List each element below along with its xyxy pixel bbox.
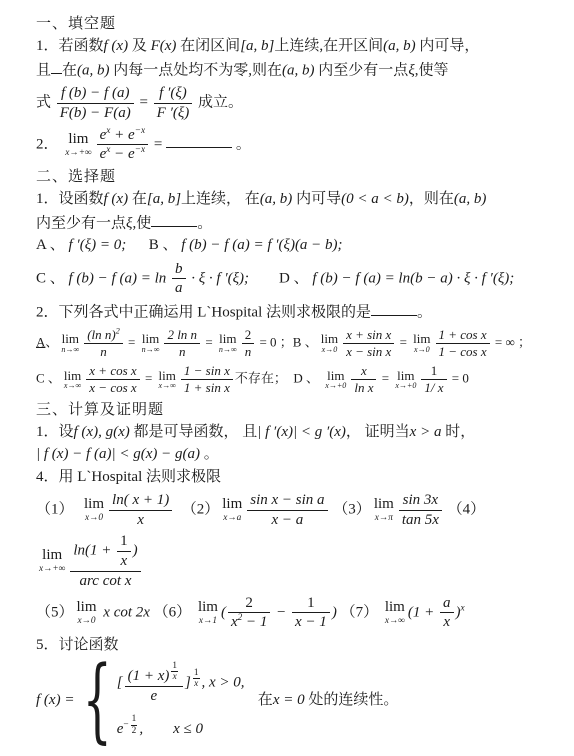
lim-word: lim	[159, 369, 176, 383]
lim-subscript: x→0	[84, 513, 104, 523]
math-text: (a, b)	[454, 191, 487, 207]
math-text: 1 − cos x	[439, 344, 487, 359]
math-text: b	[175, 261, 183, 277]
math-text: F ′(ξ)	[157, 105, 190, 121]
choice1-optAB: A 、 f ′(ξ) = 0; B 、 f (b) − f (a) = f ′(…	[36, 235, 558, 256]
section2-heading: 二、选择题	[36, 167, 558, 188]
denominator: x − sin x	[343, 344, 394, 360]
math-text: x	[231, 614, 238, 630]
limit-operator: limx→0	[77, 600, 97, 626]
math-text: x	[121, 553, 128, 569]
text: 处的连续性。	[305, 692, 399, 708]
denominator: x2 − 1	[228, 613, 270, 632]
denominator: 1 − cos x	[436, 344, 490, 360]
lim-subscript: x→0	[321, 346, 338, 355]
math-text: f (x)	[104, 191, 129, 207]
denominator: n	[84, 344, 123, 360]
math-text: − e	[110, 146, 134, 162]
fraction: ln( x + 1)x	[109, 491, 172, 530]
fraction: 1 + cos x1 − cos x	[436, 327, 490, 361]
math-text: n	[179, 344, 186, 359]
numerator: 2 ln n	[164, 327, 200, 344]
text: 。	[200, 446, 219, 462]
text: 式	[36, 95, 55, 111]
text: =	[202, 334, 216, 349]
lim-subscript: x→+0	[325, 382, 346, 391]
denominator: ex − e−x	[97, 145, 149, 164]
denominator: x − 1	[292, 613, 330, 632]
math-text: )	[133, 543, 138, 559]
numerator: 1	[171, 661, 178, 672]
superscript: 2	[116, 326, 120, 335]
math-text: x − sin x	[346, 344, 391, 359]
underlined-text: A	[36, 334, 45, 349]
fraction: f ′(ξ)F ′(ξ)	[154, 84, 193, 123]
text: 上连续， 在	[181, 191, 260, 207]
fraction: (1 + x)1xe	[125, 661, 183, 705]
lim-subscript: x→+∞	[65, 148, 91, 158]
prob5-formula: f (x) = {[(1 + x)1xe]1x, x > 0,e−12, x ≤…	[36, 659, 558, 742]
math-text: arc cot x	[80, 573, 132, 589]
text: 1	[194, 668, 199, 678]
text: 都是可导函数， 且	[130, 424, 258, 440]
math-text: 1 + sin x	[184, 380, 230, 395]
denominator: tan 5x	[399, 511, 442, 530]
lim-subscript: n→∞	[142, 346, 160, 355]
lim-word: lim	[395, 369, 416, 383]
text: =	[150, 136, 166, 152]
text: =	[125, 334, 139, 349]
text: −	[123, 720, 128, 730]
text: 1	[307, 595, 315, 611]
fraction: (ln n)2n	[84, 327, 123, 361]
superscript: x	[461, 603, 465, 613]
numerator: 1	[193, 668, 200, 679]
fill2: 2． limx→+∞ex + e−xex − e−x = 。	[36, 126, 558, 165]
numerator: ex + e−x	[97, 126, 149, 146]
math-text: F(x)	[151, 38, 177, 54]
math-text: (ln n)	[87, 327, 116, 342]
text: A 、	[36, 237, 69, 253]
limit-operator: limx→0	[413, 332, 430, 355]
text: （5）	[36, 604, 74, 620]
math-text: | f ′(x)| < g ′(x)	[257, 424, 346, 440]
cases-row: [(1 + x)1xe]1x, x > 0,	[117, 661, 245, 705]
math-text: x = 0	[273, 692, 305, 708]
prob4-line3: （5）limx→0 x cot 2x （6） limx→1(2x2 − 1 − …	[36, 594, 558, 633]
limit-operator: limx→1	[198, 600, 218, 626]
math-text: 2 ln n	[167, 327, 197, 342]
answer-blank	[51, 59, 62, 74]
limit-operator: limx→π	[374, 497, 394, 523]
choice1-line1: 1．设函数f (x) 在[a, b]上连续， 在(a, b) 内可导(0 < a…	[36, 189, 558, 210]
text: 成立。	[194, 95, 243, 111]
denominator: 2	[131, 726, 138, 736]
choice2-stem: 2．下列各式中正确运用 L`Hospital 法则求极限的是。	[36, 301, 558, 324]
fraction: x + cos xx − cos x	[86, 363, 139, 397]
text: 1	[132, 714, 137, 724]
fraction: 1x	[117, 532, 131, 571]
math-text: ln x	[354, 380, 373, 395]
numerator: x	[351, 363, 376, 380]
superscript: 1x	[191, 674, 202, 684]
text: 。	[232, 136, 251, 152]
text: =	[378, 371, 392, 386]
denominator: x − a	[247, 511, 327, 530]
text: 内每一点处均不为零,则在	[110, 62, 283, 78]
numerator: 1 + cos x	[436, 327, 490, 344]
lim-subscript: x→1	[198, 616, 218, 626]
math-text: x	[361, 363, 367, 378]
text: （4）	[444, 502, 485, 518]
numerator: b	[172, 260, 186, 280]
numerator: x + sin x	[343, 327, 394, 344]
lim-subscript: n→∞	[219, 346, 237, 355]
fraction: f (b) − f (a)F(b) − F(a)	[57, 84, 134, 123]
answer-blank	[166, 133, 232, 148]
math-text: a	[443, 595, 451, 611]
fraction: ax	[440, 594, 454, 633]
lim-word: lim	[321, 332, 338, 346]
fraction: 12	[131, 714, 138, 735]
text: 2	[245, 595, 253, 611]
lim-subscript: x→+∞	[39, 564, 65, 574]
fraction: x + sin xx − sin x	[343, 327, 394, 361]
math-text: | f (x) − f (a)| < g(x) − g(a)	[36, 446, 200, 462]
math-text: (1 +	[408, 604, 438, 620]
math-text: ln( x + 1)	[112, 492, 169, 508]
lim-word: lim	[325, 369, 346, 383]
section3-heading: 三、计算及证明题	[36, 400, 558, 421]
math-text: n	[100, 344, 107, 359]
math-text: x	[137, 512, 144, 528]
limit-operator: limx→∞	[64, 369, 81, 392]
cases-brace-icon: {	[83, 659, 112, 742]
fill1-line3: 式 f (b) − f (a)F(b) − F(a) = f ′(ξ)F ′(ξ…	[36, 84, 558, 123]
document-body: 一、填空题1．若函数f (x) 及 F(x) 在闭区间[a, b]上连续,在开区…	[36, 14, 558, 742]
text: 2．下列各式中正确运用 L`Hospital 法则求极限的是	[36, 304, 371, 320]
answer-blank	[371, 301, 417, 316]
fraction: ba	[172, 260, 186, 299]
prob4-line2: limx→+∞ln(1 + 1x)arc cot x	[36, 532, 558, 590]
numerator: 2	[242, 327, 255, 344]
lim-word: lim	[39, 548, 65, 564]
text: 1．设函数	[36, 191, 104, 207]
text: 时，	[441, 424, 475, 440]
lim-word: lim	[222, 497, 242, 513]
denominator: F ′(ξ)	[154, 104, 193, 123]
numerator: 1 − sin x	[181, 363, 233, 380]
lim-word: lim	[77, 600, 97, 616]
text: ,使等	[415, 62, 449, 78]
math-text: x	[173, 672, 177, 682]
text: C 、	[36, 371, 61, 386]
fraction: 1x	[171, 661, 178, 682]
denominator: n	[242, 344, 255, 360]
numerator: x + cos x	[86, 363, 139, 380]
fraction: sin 3xtan 5x	[399, 491, 442, 530]
lim-subscript: x→0	[77, 616, 97, 626]
text: （3）	[330, 502, 371, 518]
denominator: x	[109, 511, 172, 530]
lim-word: lim	[64, 369, 81, 383]
math-text: sin 3x	[403, 492, 438, 508]
text: 且	[36, 62, 51, 78]
numerator: (ln n)2	[84, 327, 123, 344]
limit-operator: limx→0	[84, 497, 104, 523]
piecewise-cases: {[(1 + x)1xe]1x, x > 0,e−12, x ≤ 0	[80, 659, 244, 742]
lim-subscript: x→a	[222, 513, 242, 523]
text: 在	[62, 62, 77, 78]
fraction: 1x	[193, 668, 200, 689]
math-text: f (b) − f (a) = ln	[69, 270, 170, 286]
limit-operator: limn→∞	[142, 332, 160, 355]
fraction: xln x	[351, 363, 376, 397]
text: （7）	[337, 604, 382, 620]
denominator: 1 + sin x	[181, 380, 233, 396]
proof1-line2: | f (x) − f (a)| < g(x) − g(a) 。	[36, 444, 558, 465]
math-text: f (b) − f (a) = f ′(ξ)(a − b);	[181, 237, 342, 253]
math-text: − 1	[242, 614, 267, 630]
numerator: 1	[117, 532, 131, 552]
fraction: 2 ln nn	[164, 327, 200, 361]
text: 上连续,在开区间	[274, 38, 383, 54]
fraction: 11/ x	[421, 363, 446, 397]
math-text: a	[175, 280, 183, 296]
text: 内至少有一点	[36, 215, 126, 231]
denominator: ln x	[351, 380, 376, 396]
math-text: [a, b]	[147, 191, 181, 207]
math-text: n	[245, 344, 252, 359]
superscript: −x	[135, 145, 145, 155]
denominator: x	[193, 679, 200, 689]
math-text: x − a	[272, 512, 304, 528]
math-text: x + cos x	[89, 363, 136, 378]
limit-operator: limx→+0	[395, 369, 416, 392]
text: = 0	[449, 371, 469, 386]
math-text: , x > 0,	[202, 675, 245, 691]
text: B 、	[126, 237, 181, 253]
text: 在	[128, 191, 147, 207]
math-text: 1/ x	[424, 380, 443, 395]
math-text: [	[117, 675, 123, 691]
text: 内可导，	[416, 38, 480, 54]
lim-word: lim	[374, 497, 394, 513]
numerator: sin 3x	[399, 491, 442, 511]
lim-subscript: x→0	[413, 346, 430, 355]
math-text: + e	[110, 127, 134, 143]
superscript: 1x	[169, 667, 180, 677]
text: D 、	[249, 270, 312, 286]
math-text: (1 + x)	[128, 668, 170, 684]
lim-word: lim	[65, 132, 91, 148]
math-text: (a, b)	[282, 62, 315, 78]
numerator: a	[440, 594, 454, 614]
limit-operator: limx→+∞	[39, 548, 65, 574]
numerator: (1 + x)1x	[125, 661, 183, 687]
denominator: x	[117, 552, 131, 571]
text: ,使	[132, 215, 151, 231]
lim-word: lim	[385, 600, 405, 616]
prob4-line1: （1） limx→0ln( x + 1)x （2）limx→asin x − s…	[36, 491, 558, 530]
math-text: sin x − sin a	[250, 492, 324, 508]
math-text: ln(1 +	[73, 543, 115, 559]
lim-subscript: x→∞	[385, 616, 405, 626]
text: = 0 ；B 、	[256, 334, 318, 349]
math-text: (	[221, 604, 226, 620]
limit-operator: limx→∞	[159, 369, 176, 392]
text: 一、填空题	[36, 16, 116, 32]
math-text: f ′(ξ)	[159, 85, 187, 101]
numerator: 2	[228, 594, 270, 614]
text: 1	[120, 533, 128, 549]
fraction: 2n	[242, 327, 255, 361]
denominator: e	[125, 687, 183, 706]
text: 二、选择题	[36, 169, 116, 185]
lim-word: lim	[61, 332, 79, 346]
section1-heading: 一、填空题	[36, 14, 558, 35]
text: 1．设	[36, 424, 74, 440]
text: 1	[172, 661, 177, 671]
text: =	[396, 334, 410, 349]
math-text: ]	[185, 675, 191, 691]
text: =	[136, 95, 152, 111]
prob4-heading: 4．用 L`Hospital 法则求极限	[36, 467, 558, 488]
fill1-line1: 1．若函数f (x) 及 F(x) 在闭区间[a, b]上连续,在开区间(a, …	[36, 36, 558, 57]
cases-row: e−12, x ≤ 0	[117, 714, 245, 740]
text: （6）	[150, 604, 195, 620]
math-text: , x ≤ 0	[139, 721, 203, 737]
math-text: (a, b)	[260, 191, 293, 207]
denominator: a	[172, 279, 186, 298]
numerator: 1	[292, 594, 330, 614]
lim-word: lim	[84, 497, 104, 513]
choice2-optCD: C 、limx→∞x + cos xx − cos x = limx→∞1 − …	[36, 363, 558, 397]
math-text: e	[150, 688, 157, 704]
math-text: x	[194, 679, 198, 689]
numerator: f (b) − f (a)	[57, 84, 134, 104]
denominator: x	[171, 672, 178, 682]
denominator: 1/ x	[421, 380, 446, 396]
math-text: f (b) − f (a) = ln(b − a) · ξ · f ′(ξ);	[312, 270, 514, 286]
text: ， 证明当	[346, 424, 410, 440]
text: 内可导	[292, 191, 341, 207]
answer-blank	[151, 212, 197, 227]
text: 2．	[36, 136, 62, 152]
limit-operator: limx→a	[222, 497, 242, 523]
prob5-heading: 5．讨论函数	[36, 635, 558, 656]
limit-operator: limn→∞	[219, 332, 237, 355]
numerator: f ′(ξ)	[154, 84, 193, 104]
math-text: · ξ · f ′(ξ);	[188, 270, 250, 286]
math-text: f ′(ξ) = 0;	[69, 237, 127, 253]
text: 。	[417, 304, 432, 320]
math-text: (a, b)	[77, 62, 110, 78]
numerator: 1	[421, 363, 446, 380]
fraction: ln(1 + 1x)arc cot x	[70, 532, 140, 590]
limit-operator: limx→0	[321, 332, 338, 355]
numerator: sin x − sin a	[247, 491, 327, 511]
math-text: [a, b]	[240, 38, 274, 54]
proof1-line1: 1．设f (x), g(x) 都是可导函数， 且| f ′(x)| < g ′(…	[36, 422, 558, 443]
text: 在闭区间	[176, 38, 240, 54]
exam-document-page: 一、填空题1．若函数f (x) 及 F(x) 在闭区间[a, b]上连续,在开区…	[0, 0, 574, 756]
text: 三、计算及证明题	[36, 402, 164, 418]
limit-operator: limx→+∞	[65, 132, 91, 158]
lim-word: lim	[198, 600, 218, 616]
math-text: −	[272, 604, 290, 620]
limit-operator: limx→∞	[385, 600, 405, 626]
math-text: tan 5x	[402, 512, 439, 528]
text: （2）	[174, 502, 219, 518]
limit-operator: limx→+0	[325, 369, 346, 392]
numerator: ln(1 + 1x)	[70, 532, 140, 572]
text: 2	[245, 327, 252, 342]
math-text: x cot 2x	[100, 604, 150, 620]
text: = ∞ ；	[492, 334, 531, 349]
math-text: f (x)	[104, 38, 129, 54]
text: C 、	[36, 270, 69, 286]
text: 不存在； D 、	[235, 371, 322, 386]
denominator: F(b) − F(a)	[57, 104, 134, 123]
numerator: ln( x + 1)	[109, 491, 172, 511]
lim-subscript: x→∞	[64, 382, 81, 391]
math-text: x > a	[410, 424, 442, 440]
text: 4．用 L`Hospital 法则求极限	[36, 469, 221, 485]
text: 在	[247, 692, 273, 708]
choice1-optCD: C 、 f (b) − f (a) = ln ba · ξ · f ′(ξ); …	[36, 260, 558, 299]
fraction: ex + e−xex − e−x	[97, 126, 149, 165]
fill1-line2: 且在(a, b) 内每一点处均不为零,则在(a, b) 内至少有一点ξ,使等	[36, 59, 558, 82]
choice2-optAB: A、limn→∞(ln n)2n = limn→∞2 ln nn = limn→…	[36, 327, 558, 361]
lim-subscript: n→∞	[61, 346, 79, 355]
math-text: f (x), g(x)	[74, 424, 130, 440]
cases-rows: [(1 + x)1xe]1x, x > 0,e−12, x ≤ 0	[117, 661, 245, 741]
math-text: x	[443, 614, 450, 630]
text: 。	[197, 215, 212, 231]
text: （1）	[36, 502, 81, 518]
text: 1．若函数	[36, 38, 104, 54]
math-text: 1 + cos x	[439, 327, 487, 342]
math-text: f (x) =	[36, 692, 78, 708]
choice1-line2: 内至少有一点ξ,使。	[36, 212, 558, 235]
text: ，则在	[409, 191, 454, 207]
math-text: x + sin x	[346, 327, 391, 342]
denominator: x − cos x	[86, 380, 139, 396]
text: 及	[128, 38, 151, 54]
limit-operator: limn→∞	[61, 332, 79, 355]
math-text: F(b) − F(a)	[60, 105, 131, 121]
lim-subscript: x→∞	[159, 382, 176, 391]
lim-subscript: x→π	[374, 513, 394, 523]
numerator: 1	[131, 714, 138, 725]
text: 2	[132, 726, 137, 736]
math-text: x − 1	[295, 614, 327, 630]
lim-word: lim	[142, 332, 160, 346]
denominator: arc cot x	[70, 572, 140, 591]
superscript: −x	[135, 126, 145, 136]
fraction: 1 − sin x1 + sin x	[181, 363, 233, 397]
superscript: −12	[123, 720, 139, 730]
math-text: 1 − sin x	[184, 363, 230, 378]
math-text: f (b) − f (a)	[61, 85, 129, 101]
math-text: (0 < a < b)	[341, 191, 409, 207]
lim-subscript: x→+0	[395, 382, 416, 391]
math-text: x − cos x	[89, 380, 136, 395]
text: 、	[45, 334, 58, 349]
text: 1	[431, 363, 438, 378]
fraction: 2x2 − 1	[228, 594, 270, 633]
